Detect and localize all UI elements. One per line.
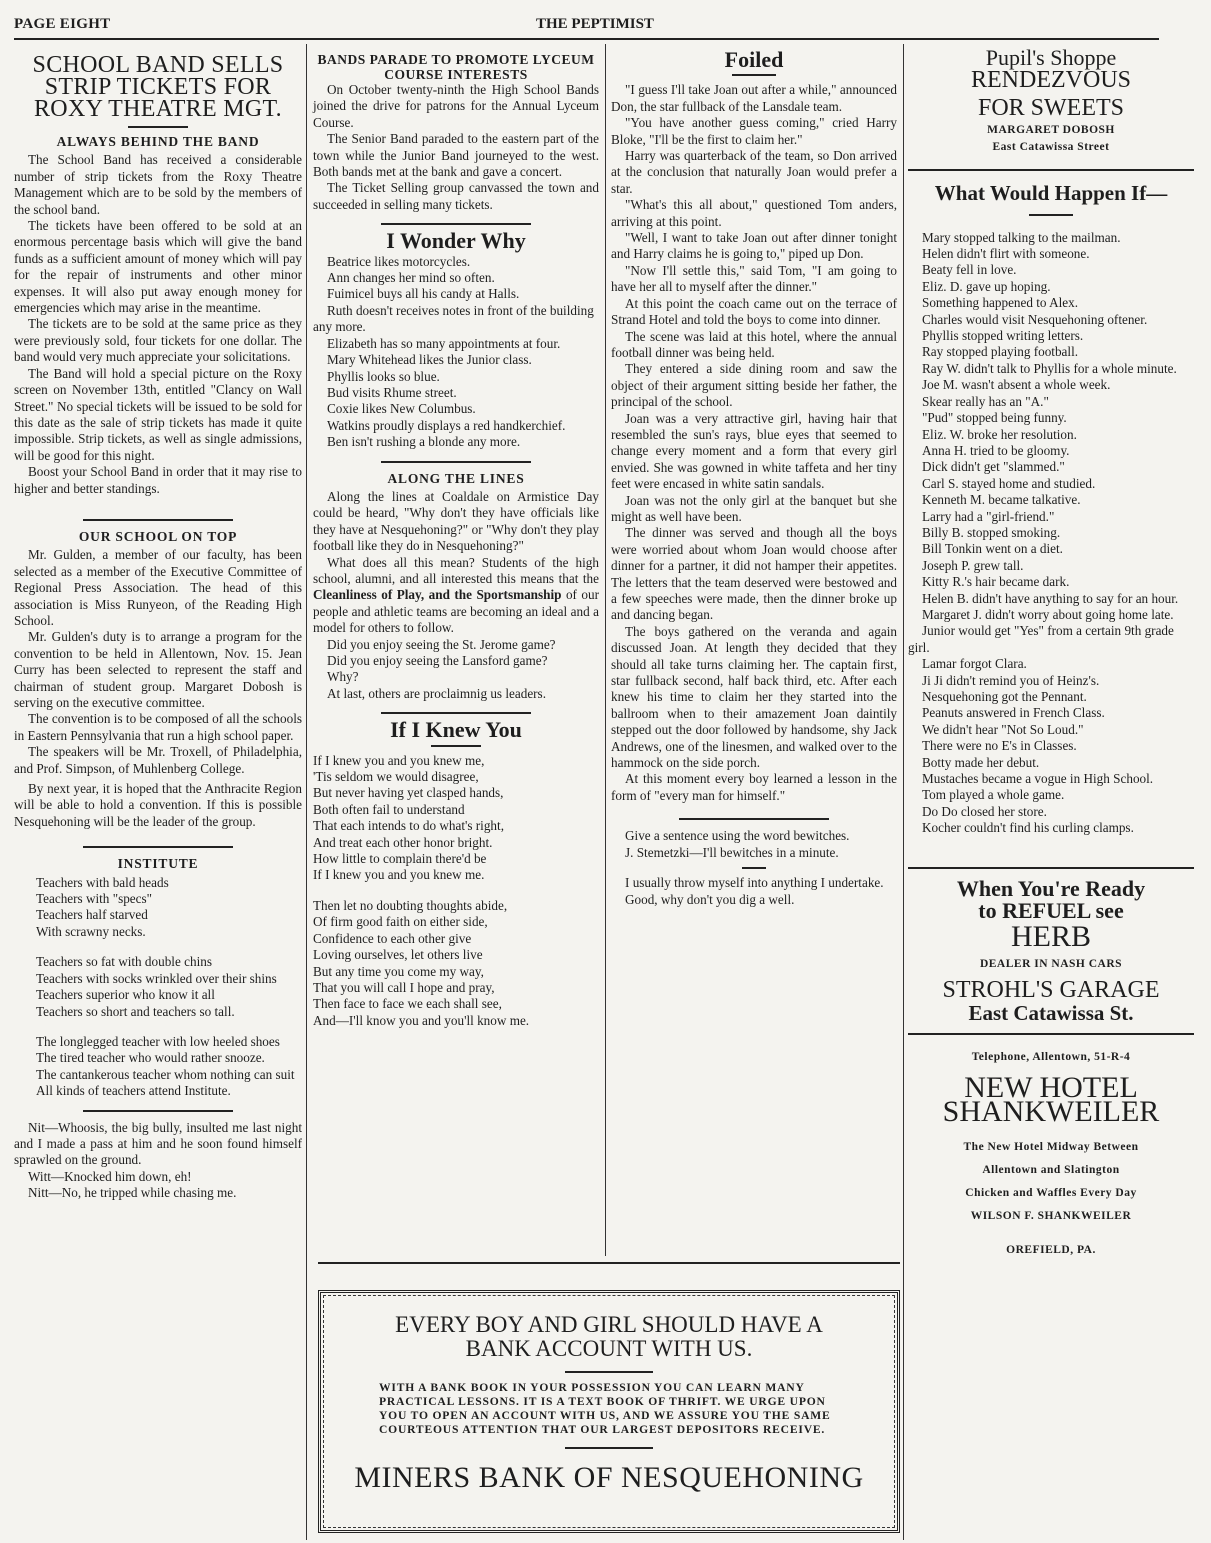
list-item: Watkins proudly displays a red handkerch… (313, 418, 599, 434)
poem-line: That you will call I hope and pray, (313, 980, 599, 996)
list-item: We didn't hear "Not So Loud." (908, 722, 1194, 738)
ad-place: OREFIELD, PA. (908, 1242, 1194, 1258)
poem-line: That each intends to do what's right, (313, 818, 599, 834)
headline-line: STRIP TICKETS FOR (14, 76, 302, 98)
list-item: Skear really has an "A." (908, 394, 1194, 410)
wonder-list: Beatrice likes motorcycles. Ann changes … (313, 254, 599, 451)
divider (908, 867, 1194, 869)
list-item: Bud visits Rhume street. (313, 385, 599, 401)
paragraph: "I guess I'll take Joan out after a whil… (611, 82, 897, 115)
joke-nit-witt: Nit—Whoosis, the big bully, insulted me … (14, 1120, 302, 1202)
ad-line: HERB (908, 929, 1194, 945)
ad-line: NEW HOTEL (908, 1080, 1194, 1096)
paragraph: Witt—Knocked him down, eh! (14, 1169, 302, 1185)
list-item: Ann changes her mind so often. (313, 270, 599, 286)
divider (83, 519, 233, 521)
list-item: Kitty R.'s hair became dark. (908, 574, 1194, 590)
paragraph: At this moment every boy learned a lesso… (611, 771, 897, 804)
poem-line: 'Tis seldom we would disagree, (313, 769, 599, 785)
list-item: Kocher couldn't find his curling clamps. (908, 820, 1194, 836)
list-item: Fuimicel buys all his candy at Halls. (313, 286, 599, 302)
poem-line: But any time you come my way, (313, 964, 599, 980)
ad-line: to REFUEL see (908, 903, 1194, 919)
paragraph: The convention is to be composed of all … (14, 711, 302, 744)
paragraph: "What's this all about," questioned Tom … (611, 197, 897, 230)
paragraph: Did you enjoy seeing the St. Jerome game… (313, 637, 599, 653)
joke-dig-a-well: I usually throw myself into anything I u… (611, 875, 897, 908)
ad-line: SHANKWEILER (908, 1104, 1194, 1120)
if-i-knew-you-poem: If I knew you and you knew me, 'Tis seld… (313, 753, 599, 1030)
paragraph: The School Band has received a considera… (14, 152, 302, 218)
column-3: Foiled "I guess I'll take Joan out after… (611, 44, 897, 908)
list-item: Joe M. wasn't absent a whole week. (908, 377, 1194, 393)
list-item: Phyllis looks so blue. (313, 369, 599, 385)
lyceum-article: On October twenty-ninth the High School … (313, 82, 599, 213)
paragraph: Nit—Whoosis, the big bully, insulted me … (14, 1120, 302, 1169)
divider (83, 846, 233, 848)
ad-line: The New Hotel Midway Between (908, 1136, 1194, 1159)
paragraph: Did you enjoy seeing the Lansford game? (313, 653, 599, 669)
happen-title: What Would Happen If— (908, 185, 1194, 201)
paragraph: Give a sentence using the word bewitches… (611, 828, 897, 844)
list-item: Joseph P. grew tall. (908, 558, 1194, 574)
miners-bank-ad: EVERY BOY AND GIRL SHOULD HAVE A BANK AC… (318, 1290, 900, 1533)
list-item: Coxie likes New Columbus. (313, 401, 599, 417)
ad-line: Pupil's Shoppe (908, 50, 1194, 66)
bank-name: MINERS BANK OF NESQUEHONING (321, 1461, 897, 1495)
list-item: Margaret J. didn't worry about going hom… (908, 607, 1194, 623)
hotel-shankweiler-ad: Telephone, Allentown, 51-R-4 NEW HOTEL S… (908, 1049, 1194, 1259)
poem-line: Teachers half starved (14, 907, 302, 923)
paragraph: Good, why don't you dig a well. (611, 892, 897, 908)
ad-line: When You're Ready (908, 881, 1194, 897)
foiled-story: "I guess I'll take Joan out after a whil… (611, 82, 897, 804)
poem-line: Teachers so short and teachers so tall. (14, 1004, 302, 1020)
list-item: Junior would get "Yes" from a certain 9t… (908, 623, 1194, 656)
divider (679, 818, 829, 820)
paragraph: At this point the coach came out on the … (611, 296, 897, 329)
poem-line: If I knew you and you knew me. (313, 867, 599, 883)
poem-line: How little to complain there'd be (313, 851, 599, 867)
paragraph: The speakers will be Mr. Troxell, of Phi… (14, 744, 302, 777)
list-item: Ji Ji didn't remind you of Heinz's. (908, 673, 1194, 689)
paragraph: Mr. Gulden, a member of our faculty, has… (14, 547, 302, 629)
poem-line: Of firm good faith on either side, (313, 914, 599, 930)
headline-line: SCHOOL BAND SELLS (14, 54, 302, 76)
poem-line: If I knew you and you knew me, (313, 753, 599, 769)
paragraph: "Now I'll settle this," said Tom, "I am … (611, 263, 897, 296)
band-article: The School Band has received a considera… (14, 152, 302, 497)
divider (381, 223, 531, 225)
list-item: Tom played a whole game. (908, 787, 1194, 803)
list-item: Billy B. stopped smoking. (908, 525, 1194, 541)
paragraph: At last, others are proclaimnig us leade… (313, 686, 599, 702)
paragraph: Why? (313, 669, 599, 685)
divider (565, 1371, 653, 1373)
paragraph: They entered a side dining room and saw … (611, 361, 897, 410)
ad-phone: Telephone, Allentown, 51-R-4 (908, 1049, 1194, 1065)
divider (1029, 214, 1073, 216)
poem-line: Both often fail to understand (313, 802, 599, 818)
divider (318, 1262, 900, 1264)
paragraph: "Well, I want to take Joan out after din… (611, 230, 897, 263)
paragraph: By next year, it is hoped that the Anthr… (14, 781, 302, 830)
school-on-top-subhead: OUR SCHOOL ON TOP (14, 529, 302, 545)
poem-line: All kinds of teachers attend Institute. (14, 1083, 302, 1099)
divider (742, 867, 766, 869)
divider (381, 461, 531, 463)
list-item: Dick didn't get "slammed." (908, 459, 1194, 475)
masthead: PAGE EIGHT THE PEPTIMIST (14, 14, 1159, 40)
paragraph: The dinner was served and though all the… (611, 525, 897, 623)
list-item: Mary stopped talking to the mailman. (908, 230, 1194, 246)
list-item: Something happened to Alex. (908, 295, 1194, 311)
paragraph: Along the lines at Coaldale on Armistice… (313, 489, 599, 555)
paragraph: What does all this mean? Students of the… (313, 555, 599, 637)
poem-line: The cantankerous teacher whom nothing ca… (14, 1067, 302, 1083)
divider (908, 169, 1194, 171)
paper-title: THE PEPTIMIST (536, 16, 654, 33)
happen-list: Mary stopped talking to the mailman.Hele… (908, 230, 1194, 837)
list-item: Ben isn't rushing a blonde any more. (313, 434, 599, 450)
institute-poem: Teachers with bald heads Teachers with "… (14, 875, 302, 1100)
ad-headline: BANK ACCOUNT WITH US. (321, 1337, 897, 1361)
list-item: Phyllis stopped writing letters. (908, 328, 1194, 344)
divider (908, 1033, 1194, 1035)
lines-title: ALONG THE LINES (313, 471, 599, 487)
paragraph: "You have another guess coming," cried H… (611, 115, 897, 148)
list-item: Ruth doesn't receives notes in front of … (313, 303, 599, 336)
paragraph: I usually throw myself into anything I u… (611, 875, 897, 891)
pupils-shoppe-ad: Pupil's Shoppe RENDEZVOUS FOR SWEETS MAR… (908, 50, 1194, 155)
column-divider (903, 44, 904, 1540)
column-1: SCHOOL BAND SELLS STRIP TICKETS FOR ROXY… (14, 44, 302, 1202)
bold-text: Cleanliness of Play, and the Sportsmansh… (313, 587, 561, 602)
divider (565, 1447, 653, 1449)
list-item: Do Do closed her store. (908, 804, 1194, 820)
paragraph: Nitt—No, he tripped while chasing me. (14, 1185, 302, 1201)
ad-line: FOR SWEETS (908, 94, 1194, 122)
ad-owner: MARGARET DOBOSH (908, 122, 1194, 138)
list-item: Anna H. tried to be gloomy. (908, 443, 1194, 459)
ad-body: WITH A BANK BOOK IN YOUR POSSESSION YOU … (379, 1381, 839, 1437)
divider (732, 74, 776, 76)
list-item: Mustaches became a vogue in High School. (908, 771, 1194, 787)
strohls-garage-ad: When You're Ready to REFUEL see HERB DEA… (908, 881, 1194, 1021)
list-item: There were no E's in Classes. (908, 738, 1194, 754)
column-divider (605, 44, 606, 1256)
paragraph: Joan was a very attractive girl, having … (611, 411, 897, 493)
list-item: Beaty fell in love. (908, 262, 1194, 278)
lyceum-headline: BANDS PARADE TO PROMOTE LYCEUM COURSE IN… (313, 52, 599, 82)
list-item: Bill Tonkin went on a diet. (908, 541, 1194, 557)
headline-line: ROXY THEATRE MGT. (14, 98, 302, 120)
poem-line: But never having yet clasped hands, (313, 785, 599, 801)
divider (83, 1110, 233, 1112)
list-item: Elizabeth has so many appointments at fo… (313, 336, 599, 352)
ad-line: DEALER IN NASH CARS (908, 956, 1194, 972)
paragraph: Boost your School Band in order that it … (14, 464, 302, 497)
paragraph: The Ticket Selling group canvassed the t… (313, 180, 599, 213)
list-item: Helen didn't flirt with someone. (908, 246, 1194, 262)
list-item: Beatrice likes motorcycles. (313, 254, 599, 270)
list-item: Helen B. didn't have anything to say for… (908, 591, 1194, 607)
ad-headline: EVERY BOY AND GIRL SHOULD HAVE A (321, 1313, 897, 1337)
paragraph: Joan was not the only girl at the banque… (611, 493, 897, 526)
ad-line: Allentown and Slatington (908, 1159, 1194, 1182)
list-item: Eliz. W. broke her resolution. (908, 427, 1194, 443)
divider (381, 712, 531, 714)
poem-line: Teachers with bald heads (14, 875, 302, 891)
list-item: Peanuts answered in French Class. (908, 705, 1194, 721)
divider (128, 126, 188, 128)
paragraph: The boys gathered on the veranda and aga… (611, 624, 897, 772)
ad-address: East Catawissa Street (908, 139, 1194, 155)
paragraph: J. Stemetzki—I'll bewitches in a minute. (611, 845, 897, 861)
list-item: Ray W. didn't talk to Phyllis for a whol… (908, 361, 1194, 377)
band-headline: SCHOOL BAND SELLS STRIP TICKETS FOR ROXY… (14, 54, 302, 120)
divider (431, 745, 481, 747)
list-item: Nesquehoning got the Pennant. (908, 689, 1194, 705)
poem-line: The longlegged teacher with low heeled s… (14, 1034, 302, 1050)
poem-line: And treat each other honor bright. (313, 835, 599, 851)
list-item: Charles would visit Nesquehoning oftener… (908, 312, 1194, 328)
list-item: Kenneth M. became talkative. (908, 492, 1194, 508)
paragraph: The tickets are to be sold at the same p… (14, 316, 302, 365)
institute-title: INSTITUTE (14, 856, 302, 872)
foiled-title: Foiled (611, 52, 897, 68)
list-item: Larry had a "girl-friend." (908, 509, 1194, 525)
poem-title: If I Knew You (313, 722, 599, 738)
list-item: Botty made her debut. (908, 755, 1194, 771)
ad-line: STROHL'S GARAGE (908, 982, 1194, 998)
list-item: Carl S. stayed home and studied. (908, 476, 1194, 492)
lines-article: Along the lines at Coaldale on Armistice… (313, 489, 599, 702)
list-item: Ray stopped playing football. (908, 344, 1194, 360)
page-number: PAGE EIGHT (14, 16, 111, 33)
poem-line: Teachers so fat with double chins (14, 954, 302, 970)
poem-line: Then let no doubting thoughts abide, (313, 898, 599, 914)
wonder-title: I Wonder Why (313, 233, 599, 249)
column-4: Pupil's Shoppe RENDEZVOUS FOR SWEETS MAR… (908, 44, 1194, 1259)
poem-line: Loving ourselves, let others live (313, 947, 599, 963)
poem-line: Confidence to each other give (313, 931, 599, 947)
poem-line: With scrawny necks. (14, 924, 302, 940)
band-subhead: ALWAYS BEHIND THE BAND (14, 134, 302, 150)
poem-line: Then face to face we each shall see, (313, 996, 599, 1012)
poem-line: Teachers with "specs" (14, 891, 302, 907)
paragraph: Harry was quarterback of the team, so Do… (611, 148, 897, 197)
ad-line: East Catawissa St. (908, 1005, 1194, 1021)
list-item: Lamar forgot Clara. (908, 656, 1194, 672)
paragraph: The scene was laid at this hotel, where … (611, 329, 897, 362)
ad-owner: WILSON F. SHANKWEILER (908, 1205, 1194, 1228)
paragraph: The tickets have been offered to be sold… (14, 218, 302, 316)
paragraph: The Band will hold a special picture on … (14, 366, 302, 464)
joke-bewitches: Give a sentence using the word bewitches… (611, 828, 897, 861)
list-item: Eliz. D. gave up hoping. (908, 279, 1194, 295)
ad-line: RENDEZVOUS (908, 66, 1194, 94)
poem-line: The tired teacher who would rather snooz… (14, 1050, 302, 1066)
paragraph: Mr. Gulden's duty is to arrange a progra… (14, 629, 302, 711)
school-on-top-article: Mr. Gulden, a member of our faculty, has… (14, 547, 302, 830)
poem-line: And—I'll know you and you'll know me. (313, 1013, 599, 1029)
text: What does all this mean? Students of the… (313, 555, 599, 586)
list-item: "Pud" stopped being funny. (908, 410, 1194, 426)
poem-line: Teachers with socks wrinkled over their … (14, 971, 302, 987)
paragraph: The Senior Band paraded to the eastern p… (313, 131, 599, 180)
list-item: Mary Whitehead likes the Junior class. (313, 352, 599, 368)
poem-line: Teachers superior who know it all (14, 987, 302, 1003)
column-2: BANDS PARADE TO PROMOTE LYCEUM COURSE IN… (313, 44, 599, 1029)
column-divider (306, 44, 307, 1540)
ad-line: Chicken and Waffles Every Day (908, 1182, 1194, 1205)
paragraph: On October twenty-ninth the High School … (313, 82, 599, 131)
